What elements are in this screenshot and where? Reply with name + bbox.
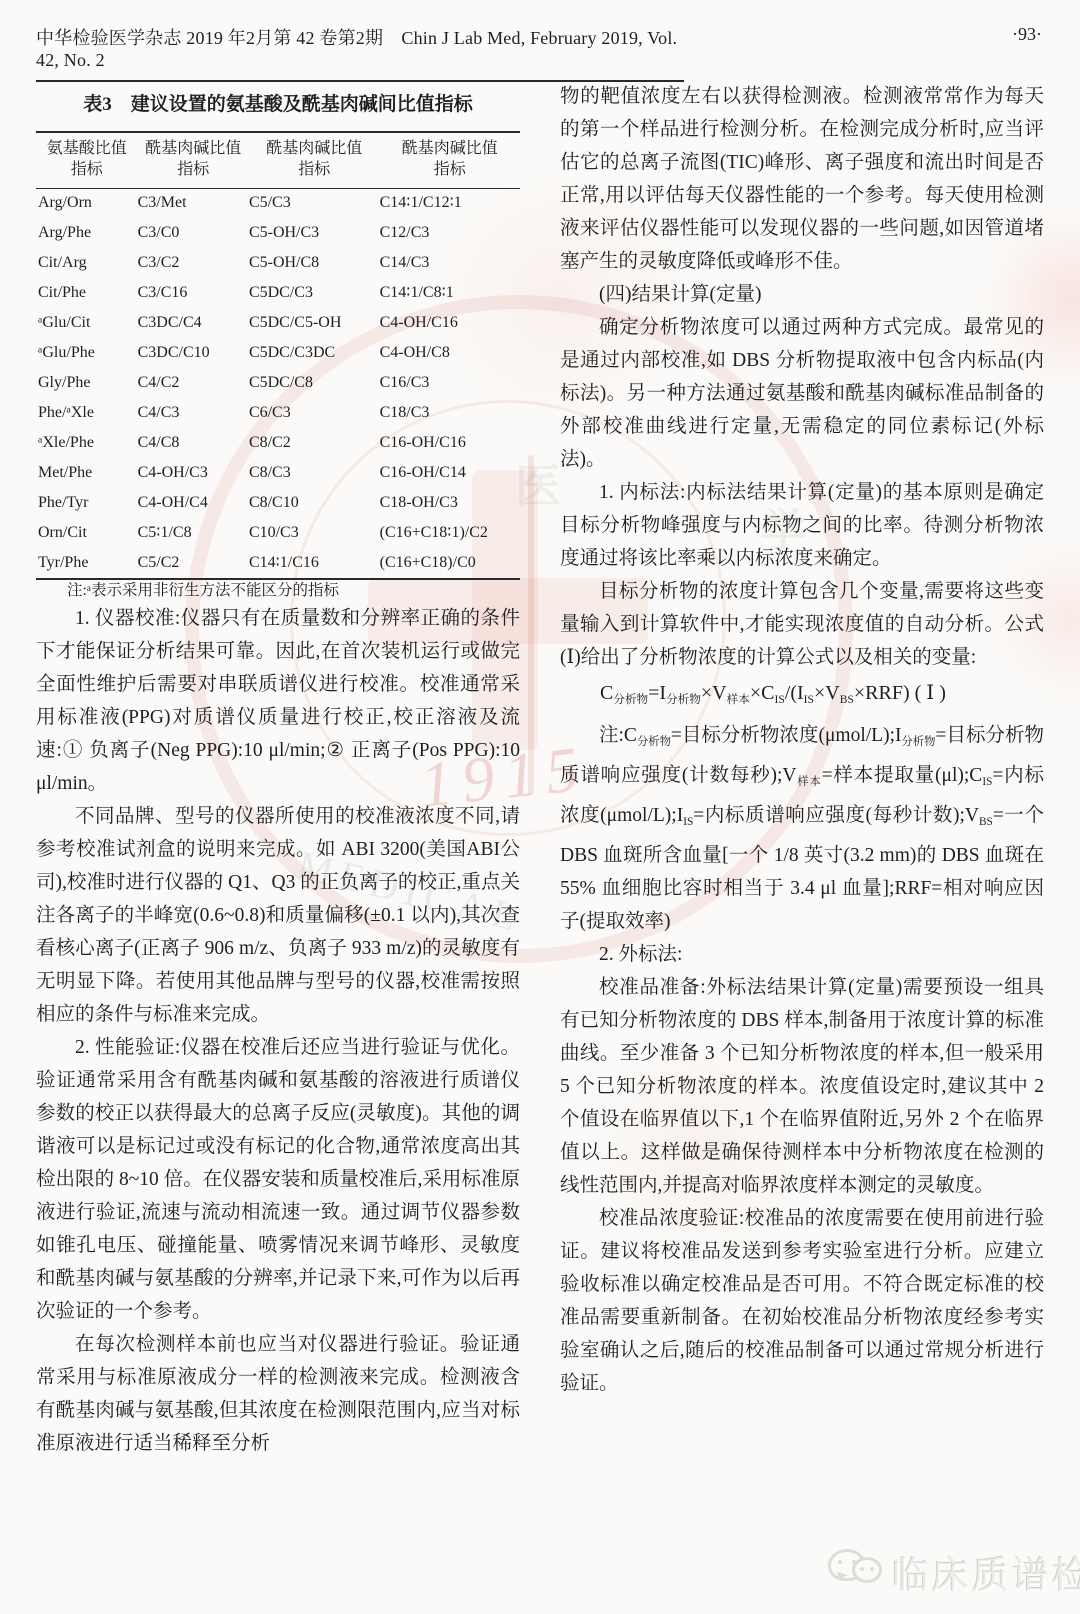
table-row: Orn/CitC5∶1/C8C10/C3(C16+C18∶1)/C2 xyxy=(36,518,520,548)
table-row: Gly/PheC4/C2C5DC/C8C16/C3 xyxy=(36,369,520,399)
table-title: 表3建议设置的氨基酸及酰基肉碱间比值指标 xyxy=(36,88,520,121)
page-number: ·93· xyxy=(1012,24,1042,45)
concentration-formula: C分析物=I分析物×V样本×CIS/(IIS×VBS×RRF) ( Ⅰ ) xyxy=(600,676,1044,717)
table-header-row: 氨基酸比值 指标 酰基肉碱比值 指标 酰基肉碱比值 指标 酰基肉碱比值 指标 xyxy=(36,132,520,188)
table-row: Cit/PheC3/C16C5DC/C3C14∶1/C8∶1 xyxy=(36,279,520,309)
journal-page: { "header": { "journal_line": "中华检验医学杂志 … xyxy=(0,0,1080,1614)
journal-title-line: 中华检验医学杂志 2019 年2月第 42 卷第2期 Chin J Lab Me… xyxy=(36,24,684,82)
wechat-watermark-text: 临床质谱检测 xyxy=(892,1545,1080,1599)
right-column: 物的靶值浓度左右以获得检测液。检测液常常作为每天的第一个样品进行检测分析。在检测… xyxy=(560,80,1044,1460)
paragraph-pre-run-verification: 在每次检测样本前也应当对仪器进行验证。验证通常采用与标准原液成分一样的检测液来完… xyxy=(36,1328,520,1460)
wechat-icon xyxy=(828,1545,884,1593)
table-note: 注:ᵃ表示采用非衍生方法不能区分的指标 xyxy=(36,580,520,602)
table-row: ᵃGlu/PheC3DC/C10C5DC/C3DCC4-OH/C8 xyxy=(36,339,520,369)
table-label: 表3 xyxy=(83,94,112,115)
column-header: 酰基肉碱比值 指标 xyxy=(138,132,249,188)
paragraph-calibrator-preparation: 校准品准备:外标法结果计算(定量)需要预设一组具有已知分析物浓度的 DBS 样本… xyxy=(560,971,1044,1202)
column-header: 氨基酸比值 指标 xyxy=(36,132,138,188)
left-column: 表3建议设置的氨基酸及酰基肉碱间比值指标 氨基酸比值 指标 酰基肉碱比值 指标 … xyxy=(36,80,520,1460)
table-row: Met/PheC4-OH/C3C8/C3C16-OH/C14 xyxy=(36,458,520,488)
paragraph-formula-intro: 目标分析物的浓度计算包含几个变量,需要将这些变量输入到计算软件中,才能实现浓度值… xyxy=(560,575,1044,674)
table-caption: 建议设置的氨基酸及酰基肉碱间比值指标 xyxy=(131,94,473,115)
page-header: 中华检验医学杂志 2019 年2月第 42 卷第2期 Chin J Lab Me… xyxy=(36,24,1044,82)
paragraph-quantitation-methods: 确定分析物浓度可以通过两种方式完成。最常见的是通过内部校准,如 DBS 分析物提… xyxy=(560,311,1044,476)
page-body: 表3建议设置的氨基酸及酰基肉碱间比值指标 氨基酸比值 指标 酰基肉碱比值 指标 … xyxy=(36,80,1044,1460)
paragraph-performance-verification: 2. 性能验证:仪器在校准后还应当进行验证与优化。验证通常采用含有酰基肉碱和氨基… xyxy=(36,1031,520,1328)
paragraph-external-standard-heading: 2. 外标法: xyxy=(560,938,1044,971)
table-row: Arg/PheC3/C0C5-OH/C3C12/C3 xyxy=(36,219,520,249)
ratio-indicator-table: 氨基酸比值 指标 酰基肉碱比值 指标 酰基肉碱比值 指标 酰基肉碱比值 指标 A… xyxy=(36,131,520,580)
column-header: 酰基肉碱比值 指标 xyxy=(380,132,520,188)
paragraph-calibrant-brands: 不同品牌、型号的仪器所使用的校准液浓度不同,请参考校准试剂盒的说明来完成。如 A… xyxy=(36,800,520,1031)
table-row: Phe/ᵃXleC4/C3C6/C3C18/C3 xyxy=(36,398,520,428)
paragraph-calibrator-verification: 校准品浓度验证:校准品的浓度需要在使用前进行验证。建议将校准品发送到参考实验室进… xyxy=(560,1202,1044,1400)
wechat-watermark: 临床质谱检测 xyxy=(828,1545,1080,1599)
column-header: 酰基肉碱比值 指标 xyxy=(249,132,380,188)
table-body: Arg/OrnC3/MetC5/C3C14∶1/C12∶1Arg/PheC3/C… xyxy=(36,188,520,579)
table-row: ᵃXle/PheC4/C8C8/C2C16-OH/C16 xyxy=(36,428,520,458)
paragraph-continuation: 物的靶值浓度左右以获得检测液。检测液常常作为每天的第一个样品进行检测分析。在检测… xyxy=(560,80,1044,278)
paragraph-instrument-calibration: 1. 仪器校准:仪器只有在质量数和分辨率正确的条件下才能保证分析结果可靠。因此,… xyxy=(36,602,520,800)
table-row: Tyr/PheC5/C2C14∶1/C16(C16+C18)/C0 xyxy=(36,548,520,579)
paragraph-internal-standard-method: 1. 内标法:内标法结果计算(定量)的基本原则是确定目标分析物峰强度与内标物之间… xyxy=(560,476,1044,575)
table-row: Arg/OrnC3/MetC5/C3C14∶1/C12∶1 xyxy=(36,188,520,218)
table-row: ᵃGlu/CitC3DC/C4C5DC/C5-OHC4-OH/C16 xyxy=(36,309,520,339)
table-row: Cit/ArgC3/C2C5-OH/C8C14/C3 xyxy=(36,249,520,279)
section-heading-result-calculation: (四)结果计算(定量) xyxy=(560,278,1044,311)
table-row: Phe/TyrC4-OH/C4C8/C10C18-OH/C3 xyxy=(36,488,520,518)
formula-variable-note: 注:C分析物=目标分析物浓度(μmol/L);I分析物=目标分析物质谱响应强度(… xyxy=(560,719,1044,938)
